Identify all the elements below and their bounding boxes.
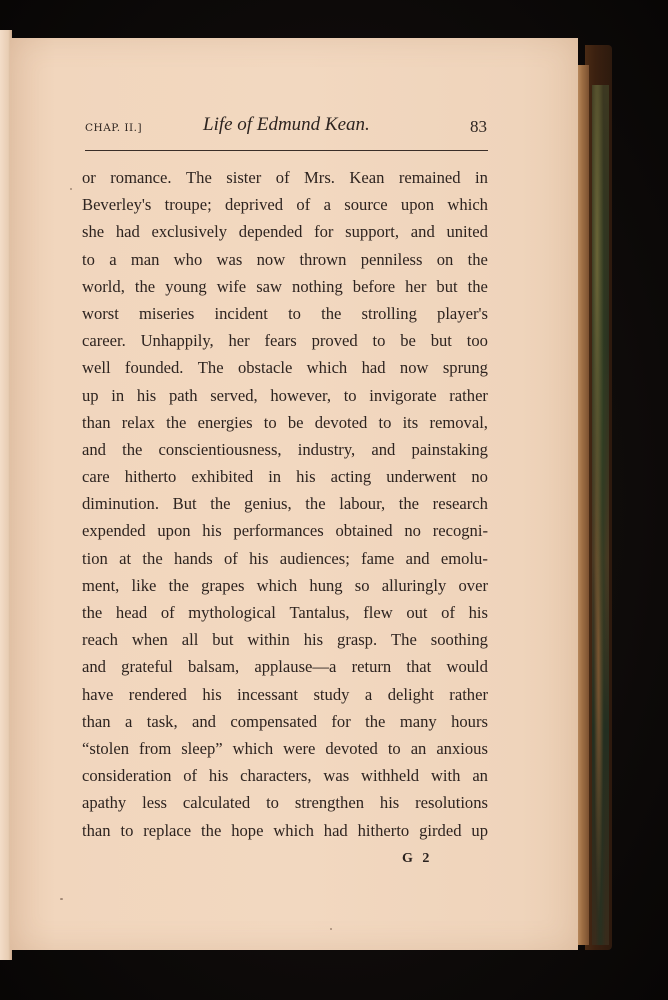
text-line: worstmiseriesincidenttothestrollingplaye… <box>82 300 488 327</box>
text-line: upinhispathserved,however,toinvigoratera… <box>82 382 488 409</box>
marbled-edge <box>592 85 609 945</box>
text-line: shehadexclusivelydependedforsupport,andu… <box>82 218 488 245</box>
text-line: thanrelaxtheenergiestobedevotedtoitsremo… <box>82 409 488 436</box>
paper-speck <box>70 188 72 190</box>
text-line: carehithertoexhibitedinhisactingunderwen… <box>82 463 488 490</box>
text-line: reachwhenallbutwithinhisgrasp.Thesoothin… <box>82 626 488 653</box>
text-line: career.Unhappily,herfearsprovedtobebutto… <box>82 327 488 354</box>
page-number: 83 <box>470 117 487 137</box>
chapter-label: CHAP. II.] <box>85 122 142 134</box>
paper-speck <box>330 928 332 930</box>
text-line: thanatask,andcompensatedforthemanyhours <box>82 708 488 735</box>
text-line: wellfounded.Theobstaclewhichhadnowsprung <box>82 354 488 381</box>
signature-mark: G 2 <box>402 851 432 867</box>
text-line: andtheconscientiousness,industry,andpain… <box>82 436 488 463</box>
header-rule <box>85 150 488 151</box>
text-line: Beverley'stroupe;deprivedofasourceuponwh… <box>82 191 488 218</box>
text-line: “stolenfromsleep”whichweredevotedtoananx… <box>82 735 488 762</box>
text-line: orromance.ThesisterofMrs.Keanremainedin <box>82 164 488 191</box>
text-line: ment,likethegrapeswhichhungsoalluringlyo… <box>82 572 488 599</box>
running-header: CHAP. II.] Life of Edmund Kean. 83 <box>85 114 487 144</box>
text-line: tionatthehandsofhisaudiences;fameandemol… <box>82 545 488 572</box>
text-line: apathylesscalculatedtostrengthenhisresol… <box>82 789 488 816</box>
running-title: Life of Edmund Kean. <box>203 114 370 136</box>
text-line: theheadofmythologicalTantalus,flewoutofh… <box>82 599 488 626</box>
text-line: haverenderedhisincessantstudyadelightrat… <box>82 681 488 708</box>
text-line: thantoreplacethehopewhichhadhithertogird… <box>82 817 488 844</box>
paper-speck <box>60 898 63 900</box>
text-line: expendeduponhisperformancesobtainednorec… <box>82 517 488 544</box>
text-line: world,theyoungwifesawnothingbeforeherbut… <box>82 273 488 300</box>
body-text: orromance.ThesisterofMrs.KeanremainedinB… <box>82 164 488 844</box>
text-line: considerationofhischaracters,waswithheld… <box>82 762 488 789</box>
text-line: diminution.Butthegenius,thelabour,theres… <box>82 490 488 517</box>
text-line: andgratefulbalsam,applause—areturnthatwo… <box>82 653 488 680</box>
text-line: toamanwhowasnowthrownpennilessonthe <box>82 246 488 273</box>
